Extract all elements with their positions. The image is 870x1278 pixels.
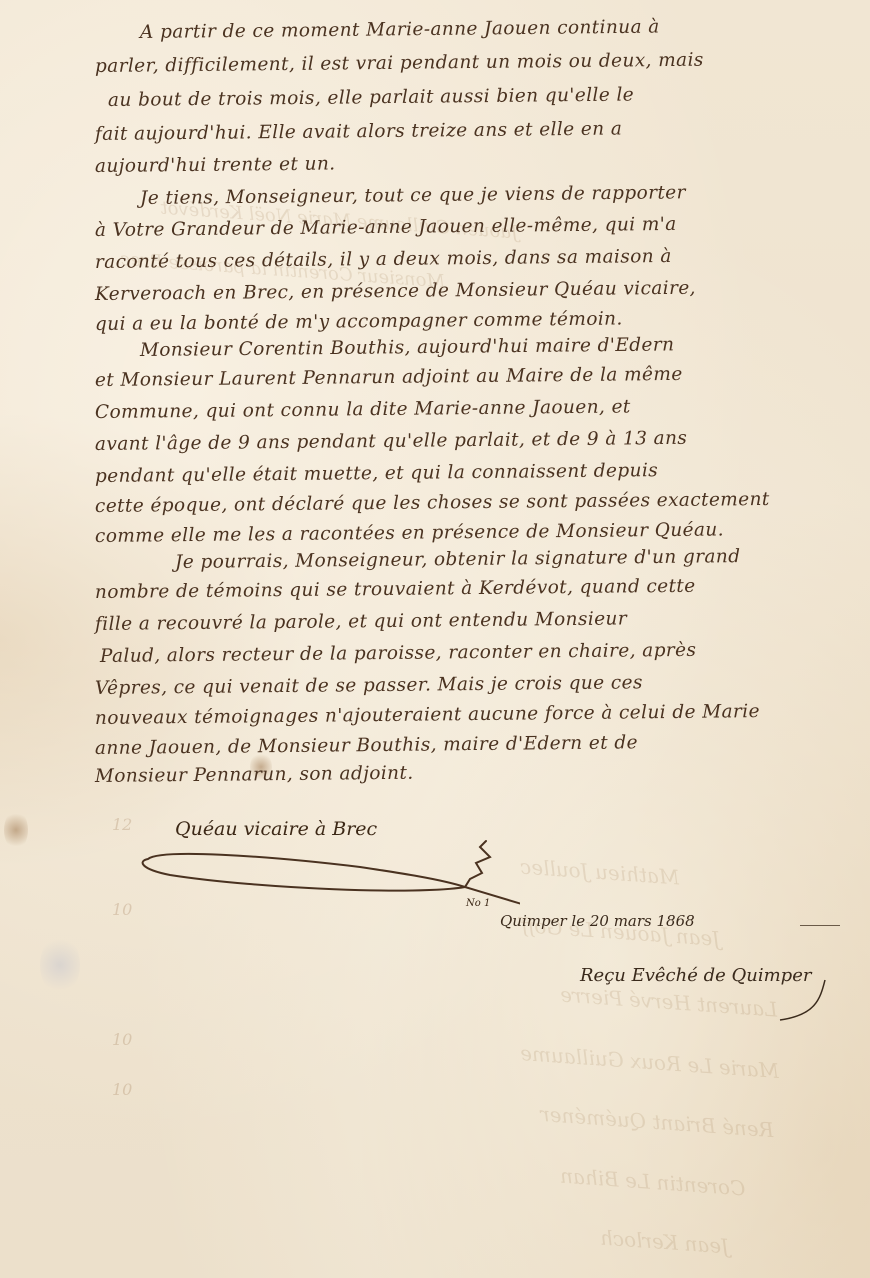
paper-stain: [4, 810, 28, 850]
text-line: aujourd'hui trente et un.: [95, 153, 336, 177]
text-line: à Votre Grandeur de Marie-anne Jaouen el…: [95, 214, 677, 241]
text-line: raconté tous ces détails, il y a deux mo…: [95, 246, 672, 273]
text-line: parler, difficilement, il est vrai penda…: [95, 50, 704, 77]
text-line: nouveaux témoignages n'ajouteraient aucu…: [95, 701, 760, 729]
text-line: Je pourrais, Monseigneur, obtenir la sig…: [175, 546, 741, 573]
text-line: comme elle me les a racontées en présenc…: [95, 519, 724, 547]
text-line: qui a eu la bonté de m'y accompagner com…: [95, 308, 623, 335]
text-line: au bout de trois mois, elle parlait auss…: [108, 84, 634, 111]
signature-flourish-icon: [140, 835, 520, 915]
bleed-margin-number: 10: [112, 1080, 132, 1099]
bleed-through-text: Marie Le Roux Guillaume: [519, 1041, 779, 1083]
text-line: Monsieur Pennarun, son adjoint.: [95, 763, 414, 787]
text-line: et Monsieur Laurent Pennarun adjoint au …: [95, 364, 683, 391]
text-line: Je tiens, Monseigneur, tout ce que je vi…: [140, 182, 686, 209]
bleed-through-text: Jean Kerloch: [599, 1226, 730, 1259]
bleed-margin-number: 10: [112, 1030, 132, 1049]
bleed-through-text: Laurent Hervé Pierre: [559, 982, 778, 1021]
text-line: fait aujourd'hui. Elle avait alors treiz…: [95, 118, 622, 145]
text-line: avant l'âge de 9 ans pendant qu'elle par…: [95, 428, 687, 455]
bleed-through-text: Corentin Le Bihan: [559, 1164, 746, 1201]
date-annotation: Quimper le 20 mars 1868: [500, 912, 695, 930]
date-underline: [800, 925, 840, 926]
text-line: Monsieur Corentin Bouthis, aujourd'hui m…: [140, 334, 675, 361]
bleed-through-text: René Briant Quéméner: [539, 1102, 774, 1142]
text-line: A partir de ce moment Marie-anne Jaouen …: [140, 17, 660, 43]
received-flourish-icon: [775, 975, 835, 1025]
bleed-margin-number: 10: [112, 900, 132, 919]
manuscript-page: Jaouen Guillaume Marie Noël Kerdévot Mon…: [0, 0, 870, 1278]
faded-stamp: [40, 935, 80, 995]
bleed-margin-number: 12: [112, 815, 132, 834]
text-line: Commune, qui ont connu la dite Marie-ann…: [95, 396, 631, 423]
text-line: pendant qu'elle était muette, et qui la …: [95, 460, 658, 487]
text-line: Palud, alors recteur de la paroisse, rac…: [100, 640, 697, 667]
text-line: Kerveroach en Brec, en présence de Monsi…: [95, 278, 696, 305]
text-line: anne Jaouen, de Monsieur Bouthis, maire …: [95, 732, 638, 759]
text-line: Vêpres, ce qui venait de se passer. Mais…: [95, 672, 643, 699]
signature-note: No 1: [466, 898, 490, 909]
text-line: nombre de témoins qui se trouvaient à Ke…: [95, 576, 696, 603]
text-line: cette époque, ont déclaré que les choses…: [95, 489, 770, 517]
bleed-through-text: Mathieu Joullec: [519, 854, 680, 889]
text-line: fille a recouvré la parole, et qui ont e…: [95, 608, 627, 635]
